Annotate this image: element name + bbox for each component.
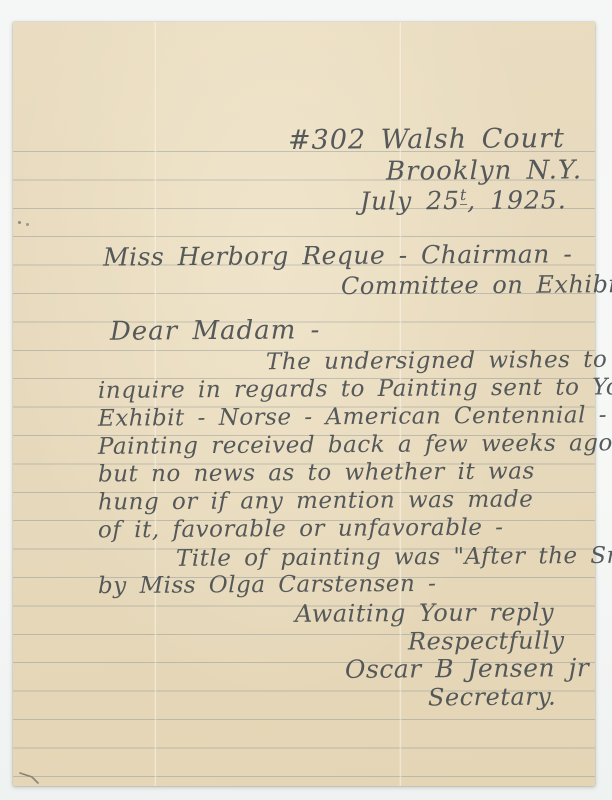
body-line: by Miss Olga Carstensen - bbox=[98, 573, 437, 598]
paper-fold-crease bbox=[154, 22, 157, 786]
scanned-letter-image: #302 Walsh Court Brooklyn N.Y. July 25t,… bbox=[0, 0, 612, 800]
signer-title: Secretary. bbox=[428, 685, 556, 710]
address-line-2: Brooklyn N.Y. bbox=[386, 157, 582, 184]
recipient-line-1: Miss Herborg Reque - Chairman - bbox=[103, 241, 572, 269]
body-line: inquire in regards to Painting sent to Y… bbox=[98, 376, 612, 403]
body-line: of it, favorable or unfavorable - bbox=[98, 517, 504, 543]
closing-line-2: Respectfully bbox=[408, 628, 565, 653]
body-line: The undersigned wishes to bbox=[266, 349, 608, 374]
signature: Oscar B Jensen jr bbox=[345, 655, 589, 682]
body-line: hung or if any mention was made bbox=[98, 488, 533, 514]
pencil-check-mark bbox=[18, 770, 48, 785]
recipient-line-2: Committee on Exhibits - bbox=[341, 272, 612, 298]
body-line: Title of painting was "After the Snowfal… bbox=[176, 544, 612, 571]
body-line: Exhibit - Norse - American Centennial - bbox=[98, 404, 607, 431]
closing-line-1: Awaiting Your reply bbox=[295, 600, 554, 626]
salutation: Dear Madam - bbox=[110, 317, 321, 344]
ink-spots bbox=[18, 221, 21, 224]
date-line: July 25t, 1925. bbox=[360, 187, 567, 213]
date-prefix: July 25 bbox=[360, 186, 460, 216]
date-suffix: , 1925. bbox=[467, 185, 567, 215]
letter-paper: #302 Walsh Court Brooklyn N.Y. July 25t,… bbox=[13, 22, 595, 786]
body-line: Painting received back a few weeks ago, bbox=[98, 432, 612, 459]
address-line-1: #302 Walsh Court bbox=[288, 125, 565, 154]
body-line: but no news as to whether it was bbox=[98, 460, 535, 486]
